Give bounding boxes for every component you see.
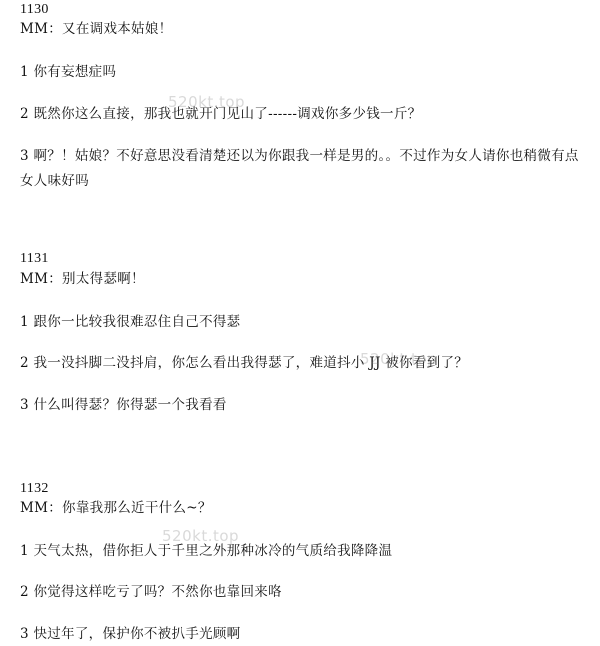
answer-1: 1 跟你一比较我很难忍住自己不得瑟 <box>20 312 240 332</box>
answer-2: 2 你觉得这样吃亏了吗？不然你也靠回来咯 <box>20 582 282 602</box>
entry-number: 1130 <box>20 0 49 20</box>
entry-prompt: MM：别太得瑟啊！ <box>20 269 145 289</box>
watermark-text: 520kt.top <box>168 93 245 111</box>
entry-prompt: MM：又在调戏本姑娘！ <box>20 19 172 39</box>
answer-3: 3 快过年了，保护你不被扒手光顾啊 <box>20 624 240 644</box>
answer-3: 3 什么叫得瑟？你得瑟一个我看看 <box>20 395 227 415</box>
answer-1: 1 你有妄想症吗 <box>20 62 116 82</box>
watermark-text: 520kt.top <box>360 350 437 368</box>
entry-number: 1132 <box>20 479 49 499</box>
entry-number: 1131 <box>20 249 49 269</box>
entry-prompt: MM：你靠我那么近干什么~？ <box>20 498 212 518</box>
watermark-text: 520kt.top <box>162 527 239 545</box>
answer-3: 3 啊？！姑娘？不好意思没看清楚还以为你跟我一样是男的。。不过作为女人请你也稍微… <box>20 144 585 194</box>
